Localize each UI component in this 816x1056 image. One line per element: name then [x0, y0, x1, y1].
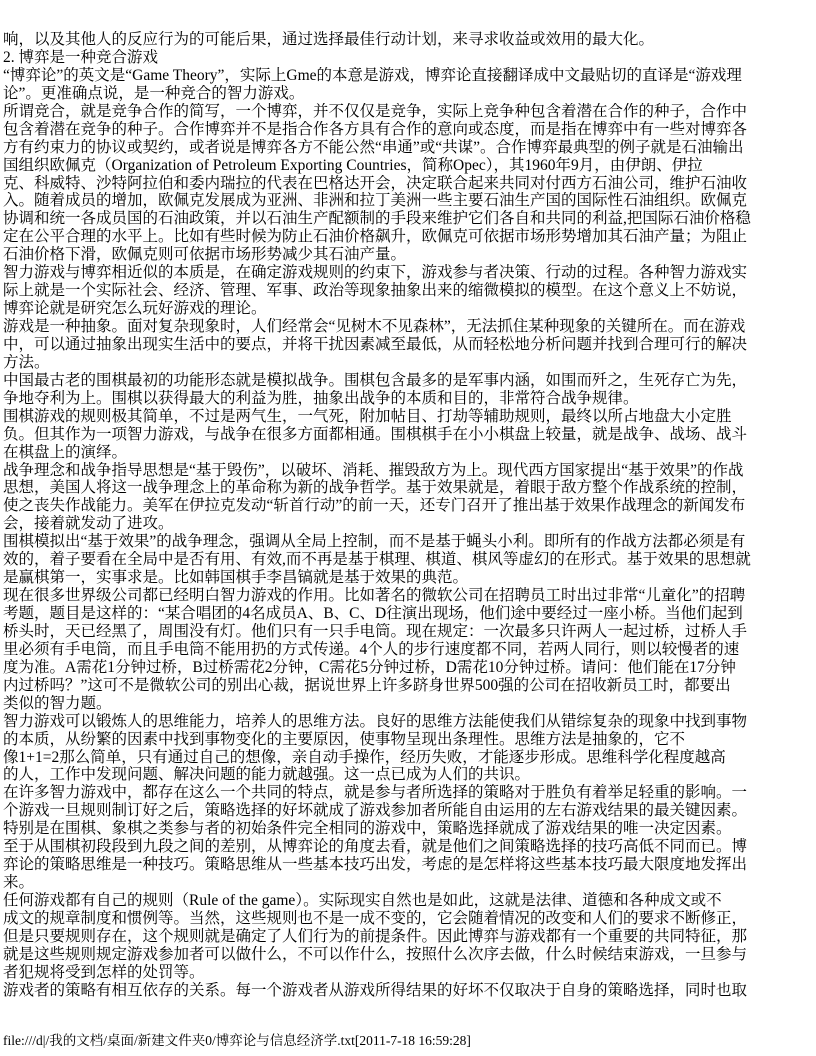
text-line: 的人，工作中发现问题、解决问题的能力就越强。这一点已成为人们的共识。: [3, 766, 814, 784]
text-line: 成文的规章制度和惯例等。当然，这些规则也不是一成不变的，它会随着情况的改变和人们…: [3, 910, 814, 928]
text-line: 在许多智力游戏中，都存在这么一个共同的特点，就是参与者所选择的策略对于胜负有着举…: [3, 784, 814, 802]
text-line: 围棋模拟出“基于效果”的战争理念，强调从全局上控制，而不是基于蝇头小利。即所有的…: [3, 533, 814, 551]
text-line: 方法。: [3, 354, 814, 372]
document-text-body: 响，以及其他人的反应行为的可能后果，通过选择最佳行动计划，来寻求收益或效用的最大…: [3, 31, 814, 1000]
text-line: 是赢棋第一，实事求是。比如韩国棋手李昌镐就是基于效果的典范。: [3, 569, 814, 587]
file-path-footer: file:///d|/我的文档/桌面/新建文件夹0/博弈论与信息经济学.txt[…: [3, 1033, 471, 1049]
text-line: 会，接着就发动了进攻。: [3, 515, 814, 533]
text-line: 者犯规将受到怎样的处罚等。: [3, 964, 814, 982]
text-line: 中国最古老的围棋最初的功能形态就是模拟战争。围棋包含最多的是军事内涵，如围而歼之…: [3, 372, 814, 390]
text-line: 任何游戏都有自己的规则（Rule of the game）。实际现实自然也是如此…: [3, 892, 814, 910]
text-line: 中，可以通过抽象出现实生活中的要点，并将干扰因素减至最低，从而轻松地分析问题并找…: [3, 336, 814, 354]
text-line: 包含着潜在竞争的种子。合作博弈并不是指合作各方具有合作的意向或态度，而是指在博弈…: [3, 121, 814, 139]
text-line: “博弈论”的英文是“Game Theory”，实际上Gme的本意是游戏，博弈论直…: [3, 67, 814, 85]
text-line: 现在很多世界级公司都已经明白智力游戏的作用。比如著名的微软公司在招聘员工时出过非…: [3, 587, 814, 605]
text-line: 考题，题目是这样的：“某合唱团的4名成员A、B、C、D往演出现场，他们途中要经过…: [3, 605, 814, 623]
text-line: 国组织欧佩克（Organization of Petroleum Exporti…: [3, 157, 814, 175]
text-line: 克、科威特、沙特阿拉伯和委内瑞拉的代表在巴格达开会，决定联合起来共同对付西方石油…: [3, 175, 814, 193]
text-line: 特别是在围棋、象棋之类参与者的初始条件完全相同的游戏中，策略选择就成了游戏结果的…: [3, 820, 814, 838]
text-line: 在棋盘上的演绎。: [3, 444, 814, 462]
text-line: 围棋游戏的规则极其简单，不过是两气生，一气死，附加帖目、打劫等辅助规则，最终以所…: [3, 408, 814, 426]
text-line: 内过桥吗？”这可不是微软公司的别出心裁，据说世界上许多跻身世界500强的公司在招…: [3, 677, 814, 695]
text-line: 就是这些规则规定游戏参加者可以做什么，不可以作什么，按照什么次序去做，什么时候结…: [3, 946, 814, 964]
text-line: 智力游戏与博弈相近似的本质是，在确定游戏规则的约束下，游戏参与者决策、行动的过程…: [3, 264, 814, 282]
text-line: 2. 博弈是一种竞合游戏: [3, 49, 814, 67]
text-line: 入。随着成员的增加，欧佩克发展成为亚洲、非洲和拉丁美洲一些主要石油生产国的国际性…: [3, 192, 814, 210]
text-line: 所谓竞合，就是竞争合作的简写，一个博弈，并不仅仅是竞争，实际上竞争种包含着潜在合…: [3, 103, 814, 121]
text-line: 游戏者的策略有相互依存的关系。每一个游戏者从游戏所得结果的好坏不仅取决于自身的策…: [3, 982, 814, 1000]
text-line: 类似的智力题。: [3, 695, 814, 713]
text-line: 博弈论就是研究怎么玩好游戏的理论。: [3, 300, 814, 318]
text-line: 但是只要规则存在，这个规则就是确定了人们行为的前提条件。因此博弈与游戏都有一个重…: [3, 928, 814, 946]
text-line: 争地夺利为上。围棋以获得最大的利益为胜，抽象出战争的本质和目的，非常符合战争规律…: [3, 390, 814, 408]
text-line: 石油价格下滑，欧佩克则可依据市场形势减少其石油产量。: [3, 246, 814, 264]
text-line: 游戏是一种抽象。面对复杂现象时，人们经常会“见树木不见森林”，无法抓住某种现象的…: [3, 318, 814, 336]
text-line: 响，以及其他人的反应行为的可能后果，通过选择最佳行动计划，来寻求收益或效用的最大…: [3, 31, 814, 49]
text-line: 智力游戏可以锻炼人的思维能力，培养人的思维方法。良好的思维方法能使我们从错综复杂…: [3, 713, 814, 731]
text-line: 论”。更准确点说，是一种竞合的智力游戏。: [3, 85, 814, 103]
text-line: 使之丧失作战能力。美军在伊拉克发动“斩首行动”的前一天，还专门召开了推出基于效果…: [3, 497, 814, 515]
text-line: 至于从围棋初段段到九段之间的差别，从博弈论的角度去看，就是他们之间策略选择的技巧…: [3, 838, 814, 856]
text-line: 际上就是一个实际社会、经济、管理、军事、政治等现象抽象出来的缩微模拟的模型。在这…: [3, 282, 814, 300]
text-line: 度为准。A需花1分钟过桥，B过桥需花2分钟，C需花5分钟过桥，D需花10分钟过桥…: [3, 659, 814, 677]
text-line: 定在公平合理的水平上。比如有些时候为防止石油价格飙升，欧佩克可依据市场形势增加其…: [3, 228, 814, 246]
text-line: 负。但其作为一项智力游戏，与战争在很多方面都相通。围棋棋手在小小棋盘上较量，就是…: [3, 426, 814, 444]
text-line: 弈论的策略思维是一种技巧。策略思维从一些基本技巧出发，考虑的是怎样将这些基本技巧…: [3, 856, 814, 874]
text-line: 效的，着子要看在全局中是否有用、有效,而不再是基于棋理、棋道、棋风等虚幻的在形式…: [3, 551, 814, 569]
text-line: 方有约束力的协议或契约，或者说是博弈各方不能公然“串通”或“共谋”。合作博弈最典…: [3, 139, 814, 157]
text-line: 来。: [3, 874, 814, 892]
text-line: 协调和统一各成员国的石油政策，并以石油生产配额制的手段来维护它们各自和共同的利益…: [3, 210, 814, 228]
text-line: 个游戏一旦规则制订好之后，策略选择的好坏就成了游戏参加者所能自由运用的左右游戏结…: [3, 802, 814, 820]
text-line: 的本质，从纷繁的因素中找到事物变化的主要原因，使事物呈现出条理性。思维方法是抽象…: [3, 731, 814, 749]
text-line: 战争理念和战争指导思想是“基于毁伤”，以破坏、消耗、摧毁敌方为上。现代西方国家提…: [3, 462, 814, 480]
text-line: 像1+1=2那么简单，只有通过自己的想像，亲自动手操作，经历失败，才能逐步形成。…: [3, 749, 814, 767]
text-line: 里必须有手电筒，而且手电筒不能用扔的方式传递。4个人的步行速度都不同，若两人同行…: [3, 641, 814, 659]
text-line: 思想，美国人将这一战争理念上的革命称为新的战争哲学。基于效果就是，着眼于敌方整个…: [3, 479, 814, 497]
text-line: 桥头时，天已经黑了，周围没有灯。他们只有一只手电筒。现在规定：一次最多只许两人一…: [3, 623, 814, 641]
